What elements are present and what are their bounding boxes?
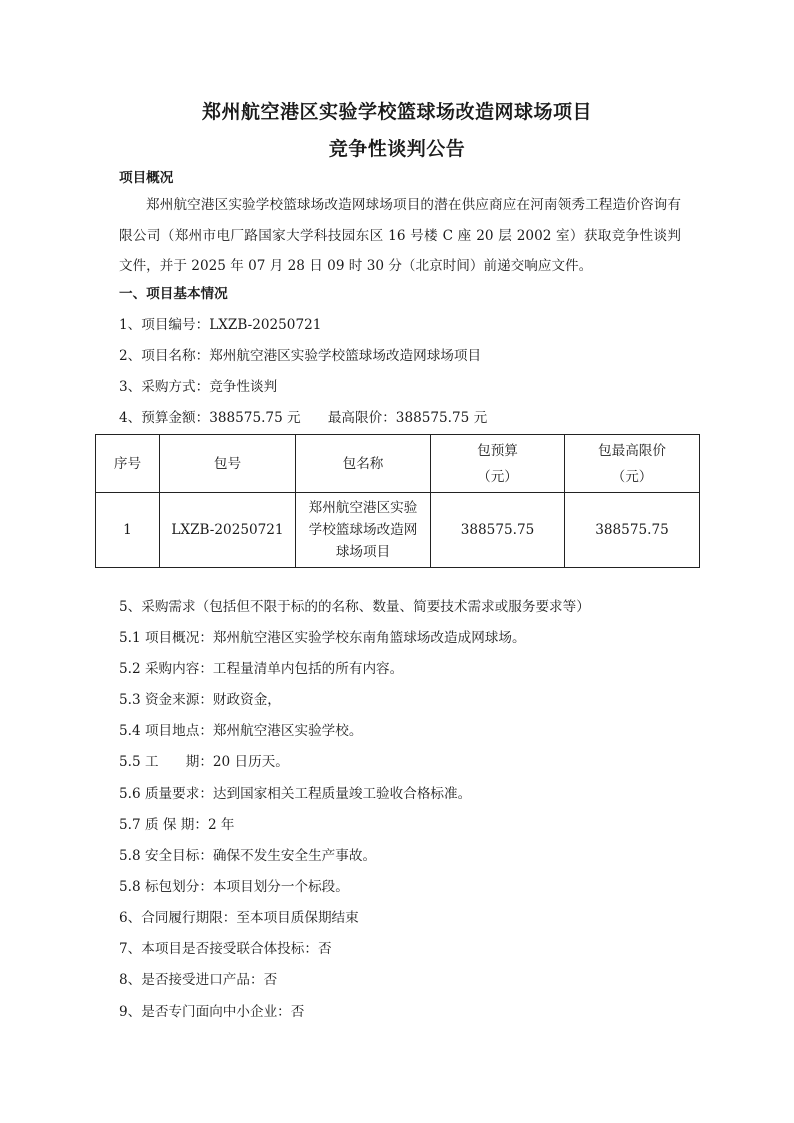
req-5-4: 5.4 项目地点：郑州航空港区实验学校。 xyxy=(119,721,362,741)
req-5-1: 5.1 项目概况：郑州航空港区实验学校东南角篮球场改造成网球场。 xyxy=(119,628,526,648)
overview-paragraph: 郑州航空港区实验学校篮球场改造网球场项目的潜在供应商应在河南领秀工程造价咨询有限… xyxy=(119,190,681,282)
req-5-3: 5.3 资金来源：财政资金， xyxy=(119,690,281,710)
overview-heading: 项目概况 xyxy=(119,168,173,188)
cell-package-no: LXZB-20250721 xyxy=(160,493,296,568)
package-table: 序号 包号 包名称 包预算 （元） 包最高限价 （元） 1 LXZB-20250… xyxy=(95,434,700,568)
table-row: 1 LXZB-20250721 郑州航空港区实验学校篮球场改造网球场项目 388… xyxy=(96,493,700,568)
cell-budget: 388575.75 xyxy=(431,493,565,568)
req-8: 8、是否接受进口产品：否 xyxy=(119,970,277,990)
req-5-8-lots: 5.8 标包划分：本项目划分一个标段。 xyxy=(119,877,349,897)
req-6: 6、合同履行期限：至本项目质保期结束 xyxy=(119,908,359,928)
cell-max-price: 388575.75 xyxy=(565,493,700,568)
document-subtitle: 竞争性谈判公告 xyxy=(0,134,794,161)
req-5-8-safety: 5.8 安全目标：确保不发生安全生产事故。 xyxy=(119,846,376,866)
req-5-7: 5.7 质 保 期：2 年 xyxy=(119,815,235,835)
req-5-6: 5.6 质量要求：达到国家相关工程质量竣工验收合格标准。 xyxy=(119,784,471,804)
item-project-name: 2、项目名称：郑州航空港区实验学校篮球场改造网球场项目 xyxy=(119,346,481,366)
header-max-price: 包最高限价 （元） xyxy=(565,435,700,493)
table-header-row: 序号 包号 包名称 包预算 （元） 包最高限价 （元） xyxy=(96,435,700,493)
header-package-no: 包号 xyxy=(160,435,296,493)
item-project-number: 1、项目编号：LXZB-20250721 xyxy=(119,315,321,335)
req-7: 7、本项目是否接受联合体投标：否 xyxy=(119,939,332,959)
req-5: 5、采购需求（包括但不限于标的的名称、数量、简要技术需求或服务要求等） xyxy=(119,597,590,617)
document-title: 郑州航空港区实验学校篮球场改造网球场项目 xyxy=(0,97,794,124)
req-5-2: 5.2 采购内容：工程量清单内包括的所有内容。 xyxy=(119,659,403,679)
header-budget: 包预算 （元） xyxy=(431,435,565,493)
req-5-5: 5.5 工 期：20 日历天。 xyxy=(119,752,289,772)
cell-package-name: 郑州航空港区实验学校篮球场改造网球场项目 xyxy=(296,493,431,568)
item-budget: 4、预算金额：388575.75 元 最高限价：388575.75 元 xyxy=(119,408,487,428)
item-procurement-method: 3、采购方式：竞争性谈判 xyxy=(119,377,277,397)
header-index: 序号 xyxy=(96,435,160,493)
section1-heading: 一、项目基本情况 xyxy=(119,284,228,304)
req-9: 9、是否专门面向中小企业：否 xyxy=(119,1002,304,1022)
header-package-name: 包名称 xyxy=(296,435,431,493)
cell-index: 1 xyxy=(96,493,160,568)
